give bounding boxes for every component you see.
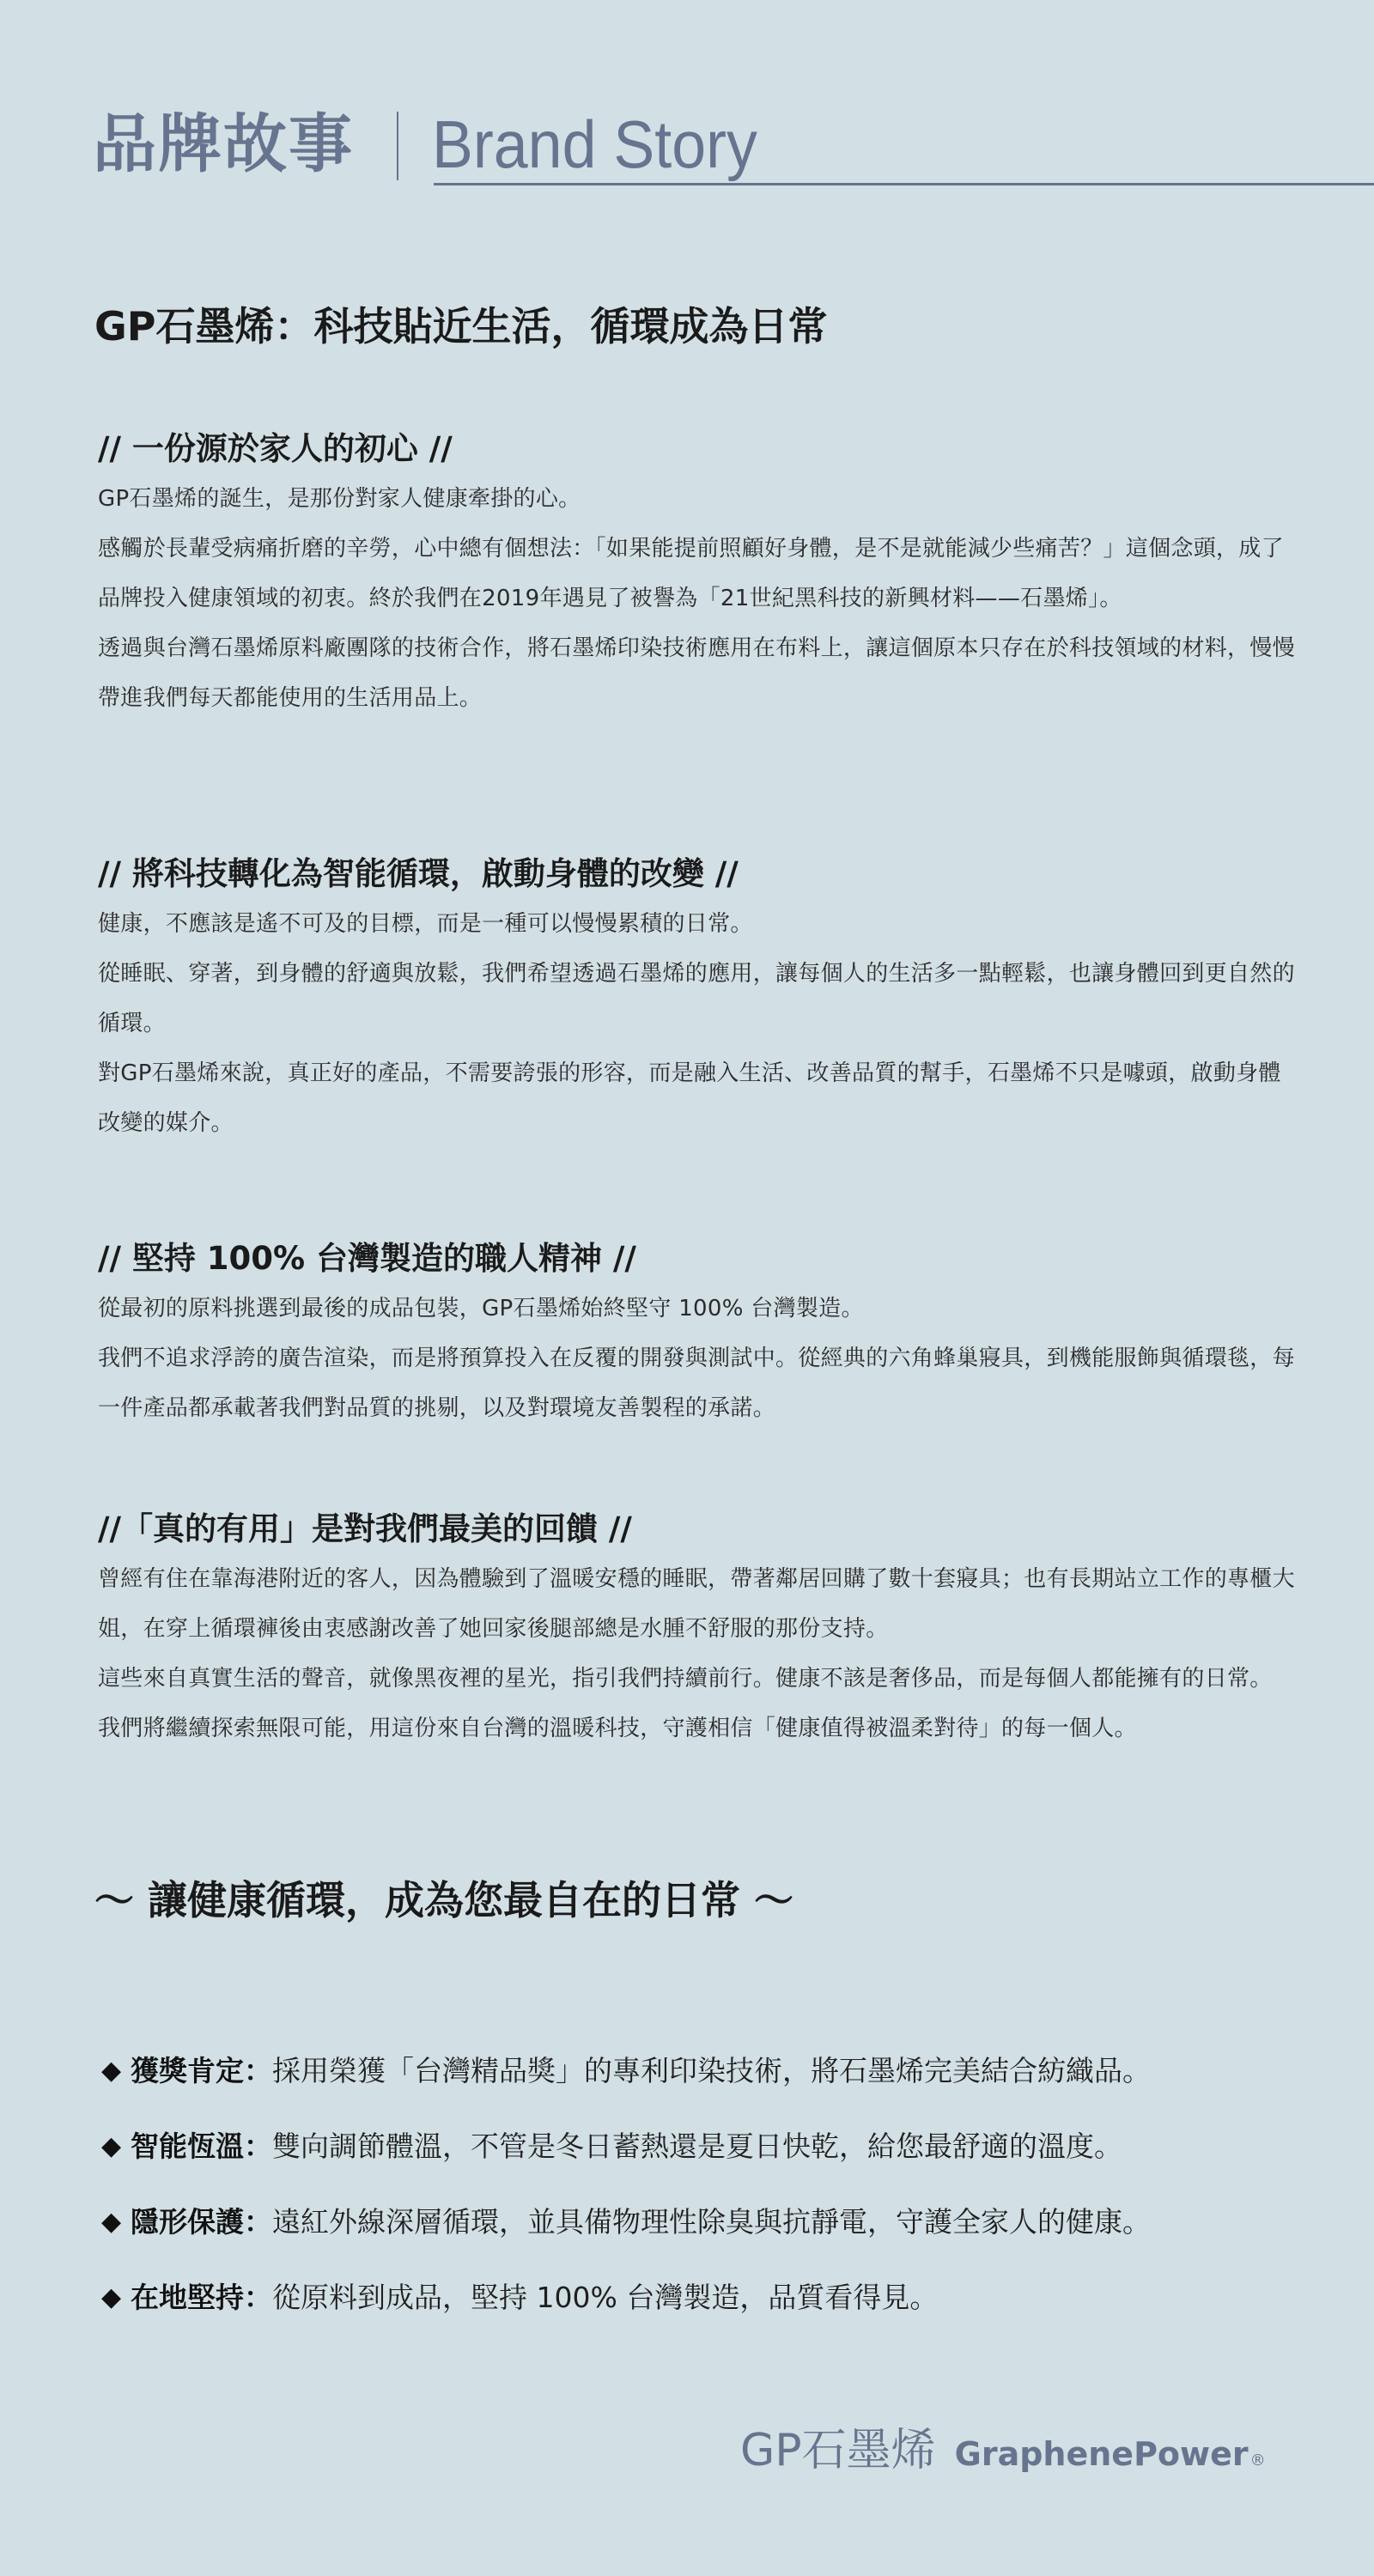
section-body: 從最初的原料挑選到最後的成品包裝，GP石墨烯始終堅守 100% 台灣製造。 我們… <box>98 1284 1300 1433</box>
paragraph: 從睡眠、穿著，到身體的舒適與放鬆，我們希望透過石墨烯的應用，讓每個人的生活多一點… <box>98 949 1300 1048</box>
paragraph: 對GP石墨烯來說，真正好的產品，不需要誇張的形容，而是融入生活、改善品質的幫手，… <box>98 1048 1300 1148</box>
feature-colon: ： <box>244 2276 272 2319</box>
paragraph: 曾經有住在靠海港附近的客人，因為體驗到了溫暖安穩的睡眠，帶著鄰居回購了數十套寢具… <box>98 1554 1300 1654</box>
paragraph: 我們將繼續探索無限可能，用這份來自台灣的溫暖科技，守護相信「健康值得被溫柔對待」… <box>98 1704 1300 1753</box>
section-heading: // 堅持 100% 台灣製造的職人精神 // <box>98 1234 1300 1284</box>
section-heading: // 將科技轉化為智能循環，啟動身體的改變 // <box>98 849 1300 899</box>
feature-colon: ： <box>244 2201 272 2244</box>
registered-trademark-icon: ® <box>1250 2451 1266 2470</box>
title-underline <box>434 183 1374 185</box>
paragraph: 從最初的原料挑選到最後的成品包裝，GP石墨烯始終堅守 100% 台灣製造。 <box>98 1284 1300 1334</box>
paragraph: 健康，不應該是遙不可及的目標，而是一種可以慢慢累積的日常。 <box>98 899 1300 949</box>
title-divider <box>397 112 398 180</box>
section-heading: // 一份源於家人的初心 // <box>98 424 1300 474</box>
paragraph: GP石墨烯的誕生，是那份對家人健康牽掛的心。 <box>98 474 1300 524</box>
paragraph: 我們不追求浮誇的廣告渲染，而是將預算投入在反覆的開發與測試中。從經典的六角蜂巢寢… <box>98 1334 1300 1433</box>
logo-text-en: GraphenePower <box>955 2427 1249 2482</box>
paragraph: 這些來自真實生活的聲音，就像黑夜裡的星光，指引我們持續前行。健康不該是奢侈品，而… <box>98 1654 1300 1704</box>
paragraph: 透過與台灣石墨烯原料廠團隊的技術合作，將石墨烯印染技術應用在布料上，讓這個原本只… <box>98 623 1300 723</box>
section-body: 曾經有住在靠海港附近的客人，因為體驗到了溫暖安穩的睡眠，帶著鄰居回購了數十套寢具… <box>98 1554 1300 1753</box>
feature-description: 雙向調節體溫，不管是冬日蓄熱還是夏日快乾，給您最舒適的溫度。 <box>272 2125 1122 2168</box>
feature-item-local: ◆ 在地堅持 ： 從原料到成品，堅持 100% 台灣製造，品質看得見。 <box>101 2260 1321 2336</box>
page-title-en: Brand Story <box>432 105 757 184</box>
brand-logo: GP石墨烯 GraphenePower ® <box>740 2423 1266 2482</box>
section-customer-feedback: //「真的有用」是對我們最美的回饋 // 曾經有住在靠海港附近的客人，因為體驗到… <box>98 1504 1300 1753</box>
section-made-in-taiwan: // 堅持 100% 台灣製造的職人精神 // 從最初的原料挑選到最後的成品包裝… <box>98 1234 1300 1433</box>
feature-description: 採用榮獲「台灣精品獎」的專利印染技術，將石墨烯完美結合紡織品。 <box>272 2050 1151 2093</box>
feature-description: 從原料到成品，堅持 100% 台灣製造，品質看得見。 <box>272 2276 938 2319</box>
section-body: GP石墨烯的誕生，是那份對家人健康牽掛的心。 感觸於長輩受病痛折磨的辛勞，心中總… <box>98 474 1300 723</box>
feature-item-protection: ◆ 隱形保護 ： 遠紅外線深層循環，並具備物理性除臭與抗靜電，守護全家人的健康。 <box>101 2184 1321 2260</box>
feature-item-thermo: ◆ 智能恆溫 ： 雙向調節體溫，不管是冬日蓄熱還是夏日快乾，給您最舒適的溫度。 <box>101 2109 1321 2184</box>
feature-item-award: ◆ 獲獎肯定 ： 採用榮獲「台灣精品獎」的專利印染技術，將石墨烯完美結合紡織品。 <box>101 2033 1321 2109</box>
page-title-zh: 品牌故事 <box>93 105 354 184</box>
logo-text-zh: GP石墨烯 <box>740 2423 936 2478</box>
section-smart-circulation: // 將科技轉化為智能循環，啟動身體的改變 // 健康，不應該是遙不可及的目標，… <box>98 849 1300 1148</box>
section-heading: //「真的有用」是對我們最美的回饋 // <box>98 1504 1300 1554</box>
feature-label: 獲獎肯定 <box>131 2050 244 2093</box>
diamond-bullet-icon: ◆ <box>101 2201 125 2244</box>
main-title: GP石墨烯：科技貼近生活，循環成為日常 <box>94 296 827 356</box>
diamond-bullet-icon: ◆ <box>101 2125 125 2168</box>
feature-list: ◆ 獲獎肯定 ： 採用榮獲「台灣精品獎」的專利印染技術，將石墨烯完美結合紡織品。… <box>101 2033 1321 2336</box>
paragraph: 感觸於長輩受病痛折磨的辛勞，心中總有個想法：「如果能提前照顧好身體，是不是就能減… <box>98 524 1300 623</box>
slogan: ～ 讓健康循環，成為您最自在的日常 ～ <box>94 1870 793 1930</box>
feature-label: 智能恆溫 <box>131 2125 244 2168</box>
diamond-bullet-icon: ◆ <box>101 2050 125 2093</box>
page-header: 品牌故事 Brand Story <box>0 0 1374 206</box>
feature-description: 遠紅外線深層循環，並具備物理性除臭與抗靜電，守護全家人的健康。 <box>272 2201 1151 2244</box>
feature-label: 在地堅持 <box>131 2276 244 2319</box>
feature-label: 隱形保護 <box>131 2201 244 2244</box>
feature-colon: ： <box>244 2125 272 2168</box>
feature-colon: ： <box>244 2050 272 2093</box>
section-family-origin: // 一份源於家人的初心 // GP石墨烯的誕生，是那份對家人健康牽掛的心。 感… <box>98 424 1300 723</box>
diamond-bullet-icon: ◆ <box>101 2276 125 2319</box>
section-body: 健康，不應該是遙不可及的目標，而是一種可以慢慢累積的日常。 從睡眠、穿著，到身體… <box>98 899 1300 1148</box>
